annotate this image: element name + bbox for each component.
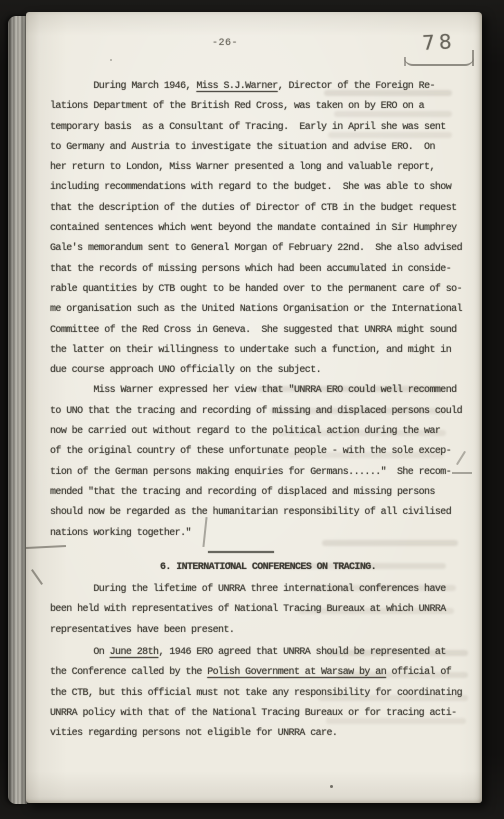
book-spine-page-edges xyxy=(8,16,27,804)
paragraph-1: During March 1946, Miss S.J.Warner, Dire… xyxy=(50,77,474,381)
paragraph-1-text: , Director of the Foreign Re- lations De… xyxy=(50,81,462,376)
separator-rule xyxy=(208,551,274,553)
paragraph-2: Miss Warner expressed her view that "UNR… xyxy=(50,381,474,543)
underline-polish-government: Polish Government at Warsaw by an xyxy=(207,667,386,678)
pencil-mark-diagonal-left xyxy=(31,569,43,585)
paragraph-4: On June 28th, 1946 ERO agreed that UNRRA… xyxy=(50,643,474,744)
document-page: -26- 78 During March 1946, Miss S.J.Warn… xyxy=(26,12,482,803)
ink-speck xyxy=(110,59,112,61)
paragraph-4-text: On xyxy=(50,647,110,658)
document-body: During March 1946, Miss S.J.Warner, Dire… xyxy=(50,77,474,745)
folio-annotation: 78 xyxy=(404,28,474,66)
underline-warner: Miss S.J.Warner xyxy=(196,81,277,92)
ink-speck xyxy=(228,562,231,565)
scan-background: -26- 78 During March 1946, Miss S.J.Warn… xyxy=(0,0,504,819)
paragraph-1-text: During March 1946, xyxy=(50,81,196,92)
page-number: -26- xyxy=(212,38,238,49)
pencil-mark-dash-right xyxy=(452,472,472,474)
paragraph-3: During the lifetime of UNRRA three inter… xyxy=(50,580,474,641)
folio-number: 78 xyxy=(422,29,457,55)
section-heading: 6. INTERNATIONAL CONFERENCES ON TRACING. xyxy=(160,558,474,578)
section-separator xyxy=(50,544,474,558)
underline-date: June 28th xyxy=(110,647,159,658)
ink-speck xyxy=(330,785,333,788)
